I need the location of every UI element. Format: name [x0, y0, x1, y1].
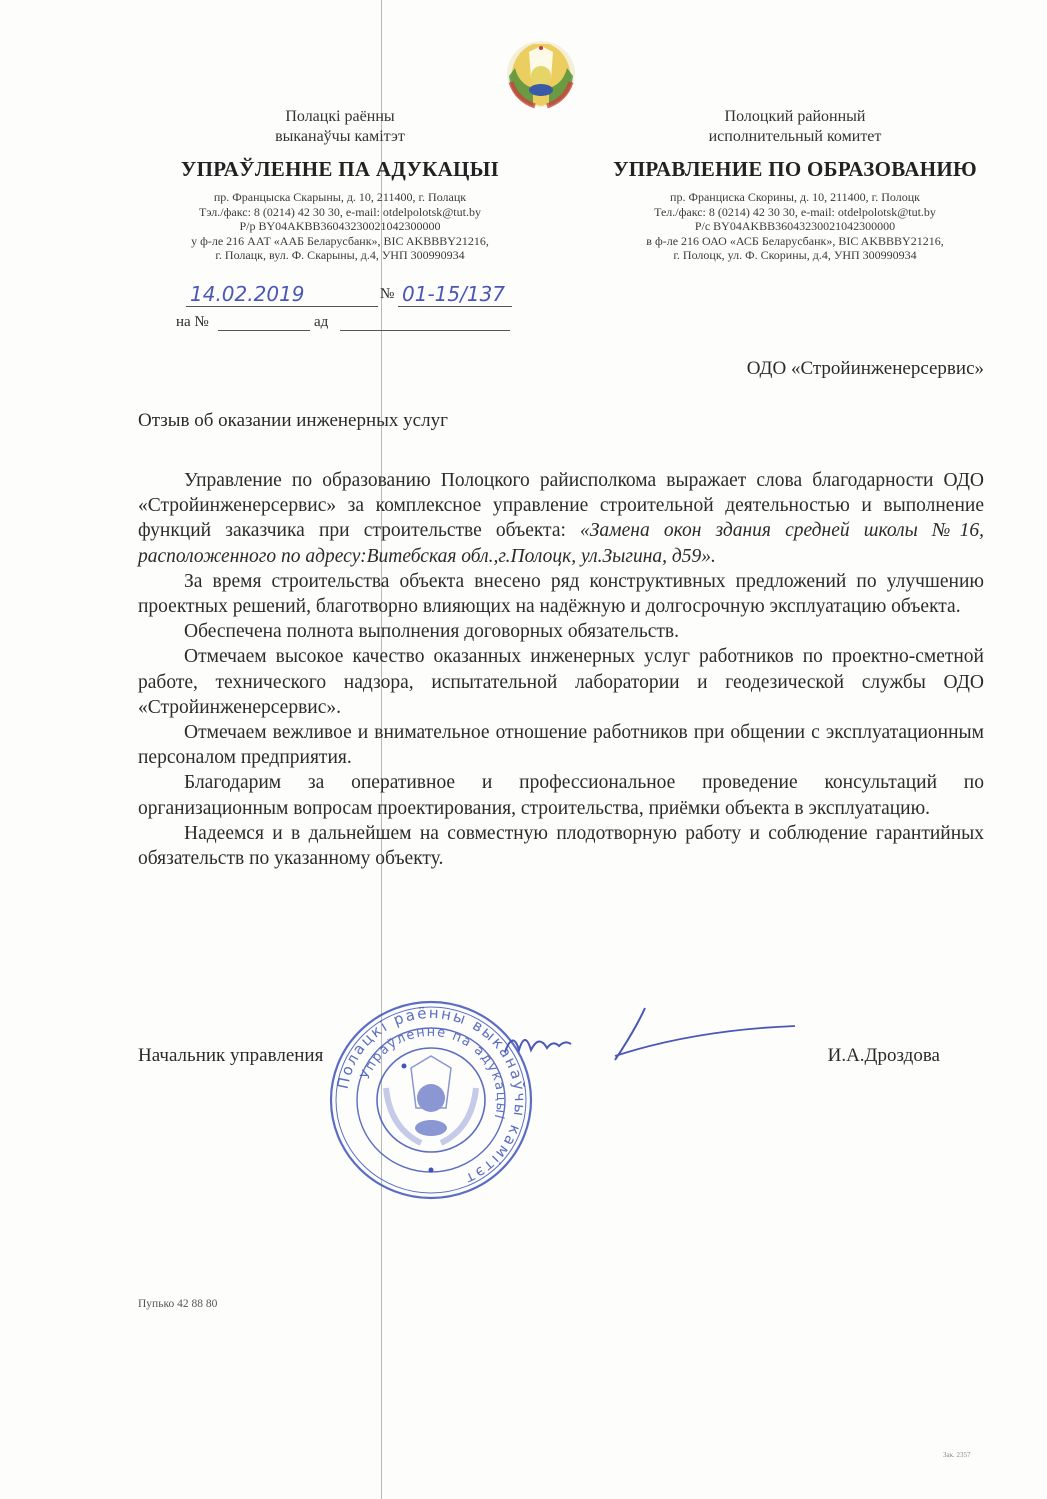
reply-from-blank [340, 330, 510, 331]
address-block: пр. Франциска Скорины, д. 10, 211400, г.… [590, 190, 1000, 263]
department-title: УПРАВЛЕНИЕ ПО ОБРАЗОВАНИЮ [590, 157, 1000, 182]
address-line: пр. Франциска Скорины, д. 10, 211400, г.… [590, 190, 1000, 205]
outgoing-date: 14.02.2019 [186, 282, 378, 307]
paragraph: Отмечаем вежливое и внимательное отношен… [138, 720, 984, 770]
letter-body: Управление по образованию Полоцкого райи… [138, 468, 984, 871]
recipient: ОДО «Стройинженерсервис» [747, 358, 984, 380]
signatory-title: Начальник управления [138, 1045, 323, 1067]
paragraph: Управление по образованию Полоцкого райи… [138, 468, 984, 569]
address-block: пр. Францыска Скарыны, д. 10, 211400, г.… [140, 190, 540, 263]
org-name-line2: выканаўчы камітэт [140, 127, 540, 147]
print-order-number: Зак. 2357 [943, 1451, 971, 1459]
paragraph: Отмечаем высокое качество оказанных инже… [138, 644, 984, 720]
reply-to-blank [218, 330, 310, 331]
paragraph: Надеемся и в дальнейшем на совместную пл… [138, 821, 984, 871]
department-title: УПРАЎЛЕННЕ ПА АДУКАЦЫІ [140, 157, 540, 182]
outgoing-number: 01-15/137 [398, 282, 512, 307]
registration-block: 14.02.2019 № 01-15/137 на № ад [176, 282, 512, 342]
reply-to-label: на № [176, 314, 209, 331]
official-stamp: Полацкі раённы выканаўчы камітэт Упраўле… [326, 998, 536, 1202]
org-name-line2: исполнительный комитет [590, 127, 1000, 147]
account-line: Р/с BY04AKBB36043230021042300000 [590, 219, 1000, 234]
letterhead-russian: Полоцкий районный исполнительный комитет… [590, 107, 1000, 263]
paragraph: Обеспечена полнота выполнения договорных… [138, 619, 984, 644]
bank-line: у ф-ле 216 ААТ «ААБ Беларусбанк», BIC AK… [140, 234, 540, 249]
paragraph: Благодарим за оперативное и профессионал… [138, 770, 984, 820]
stamp-emblem [386, 1056, 476, 1143]
account-line: Р/р BY04AKBB36043230021042300000 [140, 219, 540, 234]
bank-address-line: г. Полацк, вул. Ф. Скарыны, д.4, УНП 300… [140, 248, 540, 263]
handwritten-signature [495, 1000, 805, 1070]
address-line: пр. Францыска Скарыны, д. 10, 211400, г.… [140, 190, 540, 205]
org-name-line1: Полацкі раённы [140, 107, 540, 127]
reply-from-label: ад [314, 314, 328, 331]
letter-subject: Отзыв об оказании инженерных услуг [138, 410, 448, 432]
org-name-line1: Полоцкий районный [590, 107, 1000, 127]
paragraph: За время строительства объекта внесено р… [138, 569, 984, 619]
letterhead-belarusian: Полацкі раённы выканаўчы камітэт УПРАЎЛЕ… [140, 107, 540, 263]
bank-address-line: г. Полоцк, ул. Ф. Скорины, д.4, УНП 3009… [590, 248, 1000, 263]
contact-line: Тел./факс: 8 (0214) 42 30 30, e-mail: ot… [590, 205, 1000, 220]
number-label: № [380, 286, 394, 303]
coat-of-arms-emblem [503, 38, 579, 110]
bank-line: в ф-ле 216 ОАО «АСБ Беларусбанк», BIC AK… [590, 234, 1000, 249]
executor-note: Пупько 42 88 80 [138, 1298, 217, 1310]
contact-line: Тэл./факс: 8 (0214) 42 30 30, e-mail: ot… [140, 205, 540, 220]
signatory-name: И.А.Дроздова [828, 1045, 940, 1067]
